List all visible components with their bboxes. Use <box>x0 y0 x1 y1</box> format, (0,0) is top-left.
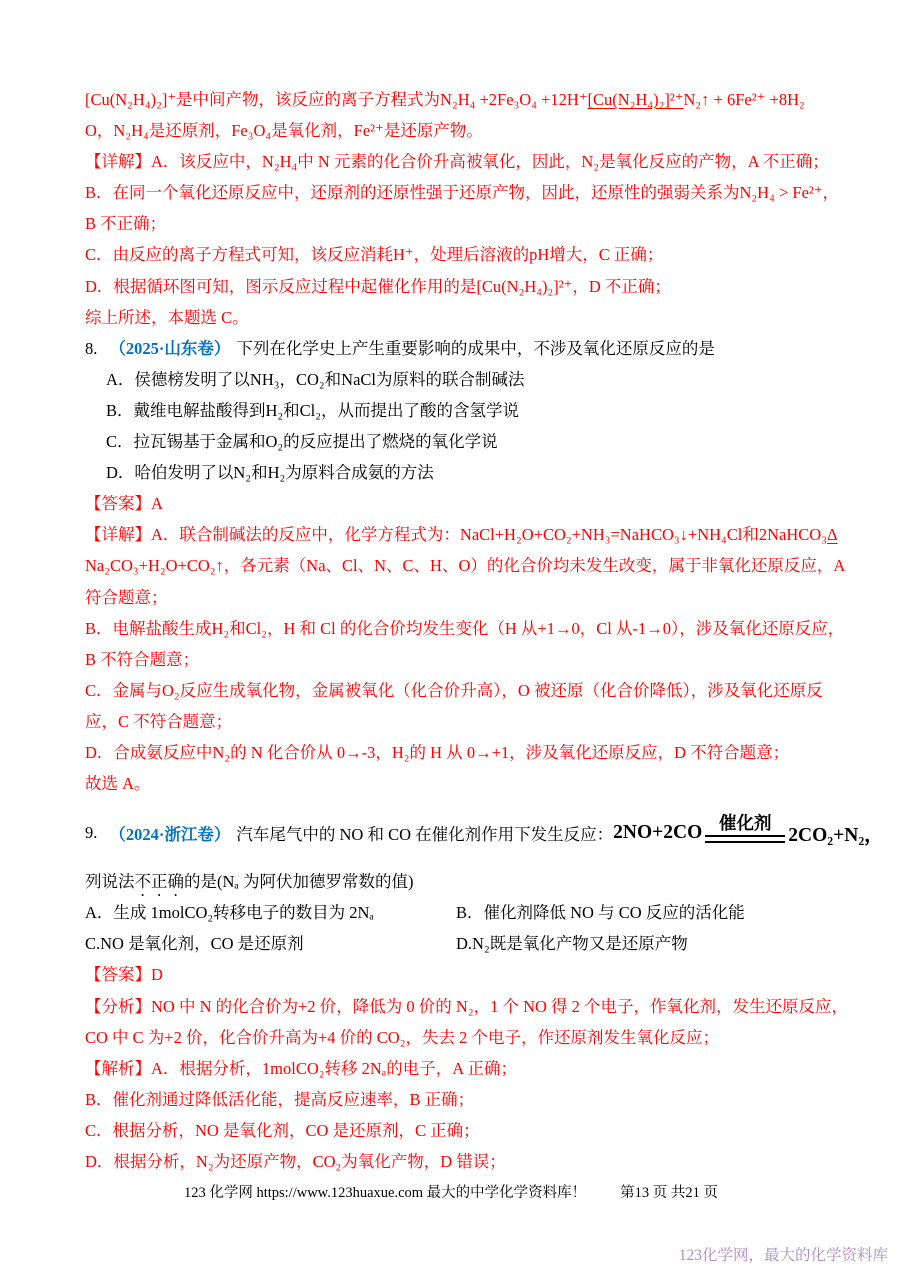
q7-ion-equation-line: [Cu(N₂H₄)₂]⁺是中间产物，该反应的离子方程式为N₂H₄ +2Fe₃O₄… <box>85 84 830 115</box>
footer-site-info: 123 化学网 https://www.123huaxue.com 最大的中学化… <box>184 1185 586 1201</box>
q7-equation-part2: N₂↑ + 6Fe²⁺ +8H₂ <box>684 90 805 109</box>
q9-equation-right: 2CO₂+N₂， <box>788 819 883 847</box>
q8-detail-a1-text: 【详解】A．联合制碱法的反应中，化学方程式为：NaCl+H₂O+CO₂+NH₃=… <box>85 525 827 544</box>
page-content: [Cu(N₂H₄)₂]⁺是中间产物，该反应的离子方程式为N₂H₄ +2Fe₃O₄… <box>85 84 830 1177</box>
q8-delta-underlined: Δ <box>827 525 838 544</box>
q8-detail-b1: B．电解盐酸生成H₂和Cl₂，H 和 Cl 的化合价均发生变化（H 从+1→0，… <box>85 613 830 644</box>
q9-analysis-2: CO 中 C 为+2 价，化合价升高为+4 价的 CO₂，失去 2 个电子，作还… <box>85 1022 830 1053</box>
q9-reaction-equation: 2NO+2CO 催化剂 2CO₂+N₂， <box>613 818 884 846</box>
q9-emphasized-incorrect: 不正确 <box>135 872 185 891</box>
q9-stem2-pre: 列说法 <box>85 872 135 891</box>
q8-answer-line: 【答案】A <box>85 488 830 519</box>
q8-detail-d: D．合成氨反应中N₂的 N 化合价从 0→-3，H₂的 H 从 0→+1，涉及氧… <box>85 737 830 768</box>
q8-source-tag: （2025·山东卷） <box>109 339 230 358</box>
watermark-text: 123化学网，最大的化学资料库 <box>679 1243 888 1265</box>
q8-number: 8. <box>85 339 97 358</box>
q8-stem-line: 8.（2025·山东卷）下列在化学史上产生重要影响的成果中，不涉及氧化还原反应的… <box>85 333 830 364</box>
q9-stem-line2: 列说法不正确的是(Nₐ 为阿伏加德罗常数的值) <box>85 866 830 897</box>
q9-explain-c: C．根据分析，NO 是氧化剂，CO 是还原剂，C 正确； <box>85 1115 830 1146</box>
q8-detail-c2: 应，C 不符合题意； <box>85 706 830 737</box>
q8-detail-a1: 【详解】A．联合制碱法的反应中，化学方程式为：NaCl+H₂O+CO₂+NH₃=… <box>85 519 830 550</box>
q9-option-b: B．催化剂降低 NO 与 CO 反应的活化能 <box>456 897 745 928</box>
q9-stem-text: 汽车尾气中的 NO 和 CO 在催化剂作用下发生反应： <box>236 821 613 845</box>
q8-conclusion: 故选 A。 <box>85 768 830 799</box>
q8-detail-a2: Na₂CO₃+H₂O+CO₂↑，各元素（Na、Cl、N、C、H、O）的化合价均未… <box>85 550 830 581</box>
q8-detail-a3: 符合题意； <box>85 582 830 613</box>
q9-option-a: A．生成 1molCO₂转移电子的数目为 2Nₐ <box>85 897 456 928</box>
q9-number: 9. <box>85 823 97 843</box>
page-footer: 123 化学网 https://www.123huaxue.com 最大的中学化… <box>0 1181 902 1202</box>
q8-option-d: D．哈伯发明了以N₂和H₂为原料合成氨的方法 <box>85 457 830 488</box>
q9-options-row2: C.NO 是氧化剂，CO 是还原剂D.N₂既是氧化产物又是还原产物 <box>85 928 830 959</box>
q9-equation-left: 2NO+2CO <box>613 822 702 844</box>
q9-catalyst-label: 催化剂 <box>719 814 772 832</box>
q9-explain-a: 【解析】A．根据分析，1molCO₂转移 2Nₐ的电子，A 正确； <box>85 1053 830 1084</box>
q8-option-c: C．拉瓦锡基于金属和O₂的反应提出了燃烧的氧化学说 <box>85 426 830 457</box>
q7-detail-d: D．根据循环图可知，图示反应过程中起催化作用的是[Cu(N₂H₄)₂]²⁺，D … <box>85 271 830 302</box>
q7-detail-a: 【详解】A．该反应中，N₂H₄中 N 元素的化合价升高被氧化，因此，N₂是氧化反… <box>85 146 830 177</box>
q9-explain-d: D．根据分析，N₂为还原产物，CO₂为氧化产物，D 错误； <box>85 1146 830 1177</box>
q9-source-tag: （2024·浙江卷） <box>109 821 230 845</box>
q8-option-a: A．侯德榜发明了以NH₃，CO₂和NaCl为原料的联合制碱法 <box>85 364 830 395</box>
q9-stem-line: 9.（2024·浙江卷）汽车尾气中的 NO 和 CO 在催化剂作用下发生反应： … <box>85 799 830 866</box>
q9-double-bond-line <box>705 835 785 843</box>
q9-equation-condition: 催化剂 <box>705 814 785 842</box>
q9-stem2-post: 的是(Nₐ 为阿伏加德罗常数的值) <box>184 872 414 891</box>
q7-detail-c: C．由反应的离子方程式可知，该反应消耗H⁺，处理后溶液的pH增大，C 正确； <box>85 239 830 270</box>
q9-options-row1: A．生成 1molCO₂转移电子的数目为 2NₐB．催化剂降低 NO 与 CO … <box>85 897 830 928</box>
footer-page-indicator: 第13 页 共21 页 <box>620 1185 718 1201</box>
q9-explain-b: B．催化剂通过降低活化能，提高反应速率，B 正确； <box>85 1084 830 1115</box>
q7-detail-b2: B 不正确； <box>85 208 830 239</box>
q8-option-b: B．戴维电解盐酸得到H₂和Cl₂，从而提出了酸的含氢学说 <box>85 395 830 426</box>
q8-detail-b2: B 不符合题意； <box>85 644 830 675</box>
document-page: [Cu(N₂H₄)₂]⁺是中间产物，该反应的离子方程式为N₂H₄ +2Fe₃O₄… <box>0 0 902 1275</box>
q9-analysis-1: 【分析】NO 中 N 的化合价为+2 价，降低为 0 价的 N₂，1 个 NO … <box>85 991 830 1022</box>
q8-stem-text: 下列在化学史上产生重要影响的成果中，不涉及氧化还原反应的是 <box>236 339 715 358</box>
q9-option-d: D.N₂既是氧化产物又是还原产物 <box>456 928 688 959</box>
q9-answer-line: 【答案】D <box>85 959 830 990</box>
q7-detail-b1: B．在同一个氧化还原反应中，还原剂的还原性强于还原产物，因此，还原性的强弱关系为… <box>85 177 830 208</box>
q7-catalyst-complex-underlined: [Cu(N₂H₄)₂]²⁺ <box>588 90 684 109</box>
q7-equation-part1: [Cu(N₂H₄)₂]⁺是中间产物，该反应的离子方程式为N₂H₄ +2Fe₃O₄… <box>85 90 588 109</box>
q9-option-c: C.NO 是氧化剂，CO 是还原剂 <box>85 928 456 959</box>
q8-detail-c1: C．金属与O₂反应生成氧化物，金属被氧化（化合价升高），O 被还原（化合价降低）… <box>85 675 830 706</box>
q7-roles-line: O，N₂H₄是还原剂，Fe₃O₄是氧化剂，Fe²⁺是还原产物。 <box>85 115 830 146</box>
q7-conclusion: 综上所述，本题选 C。 <box>85 302 830 333</box>
